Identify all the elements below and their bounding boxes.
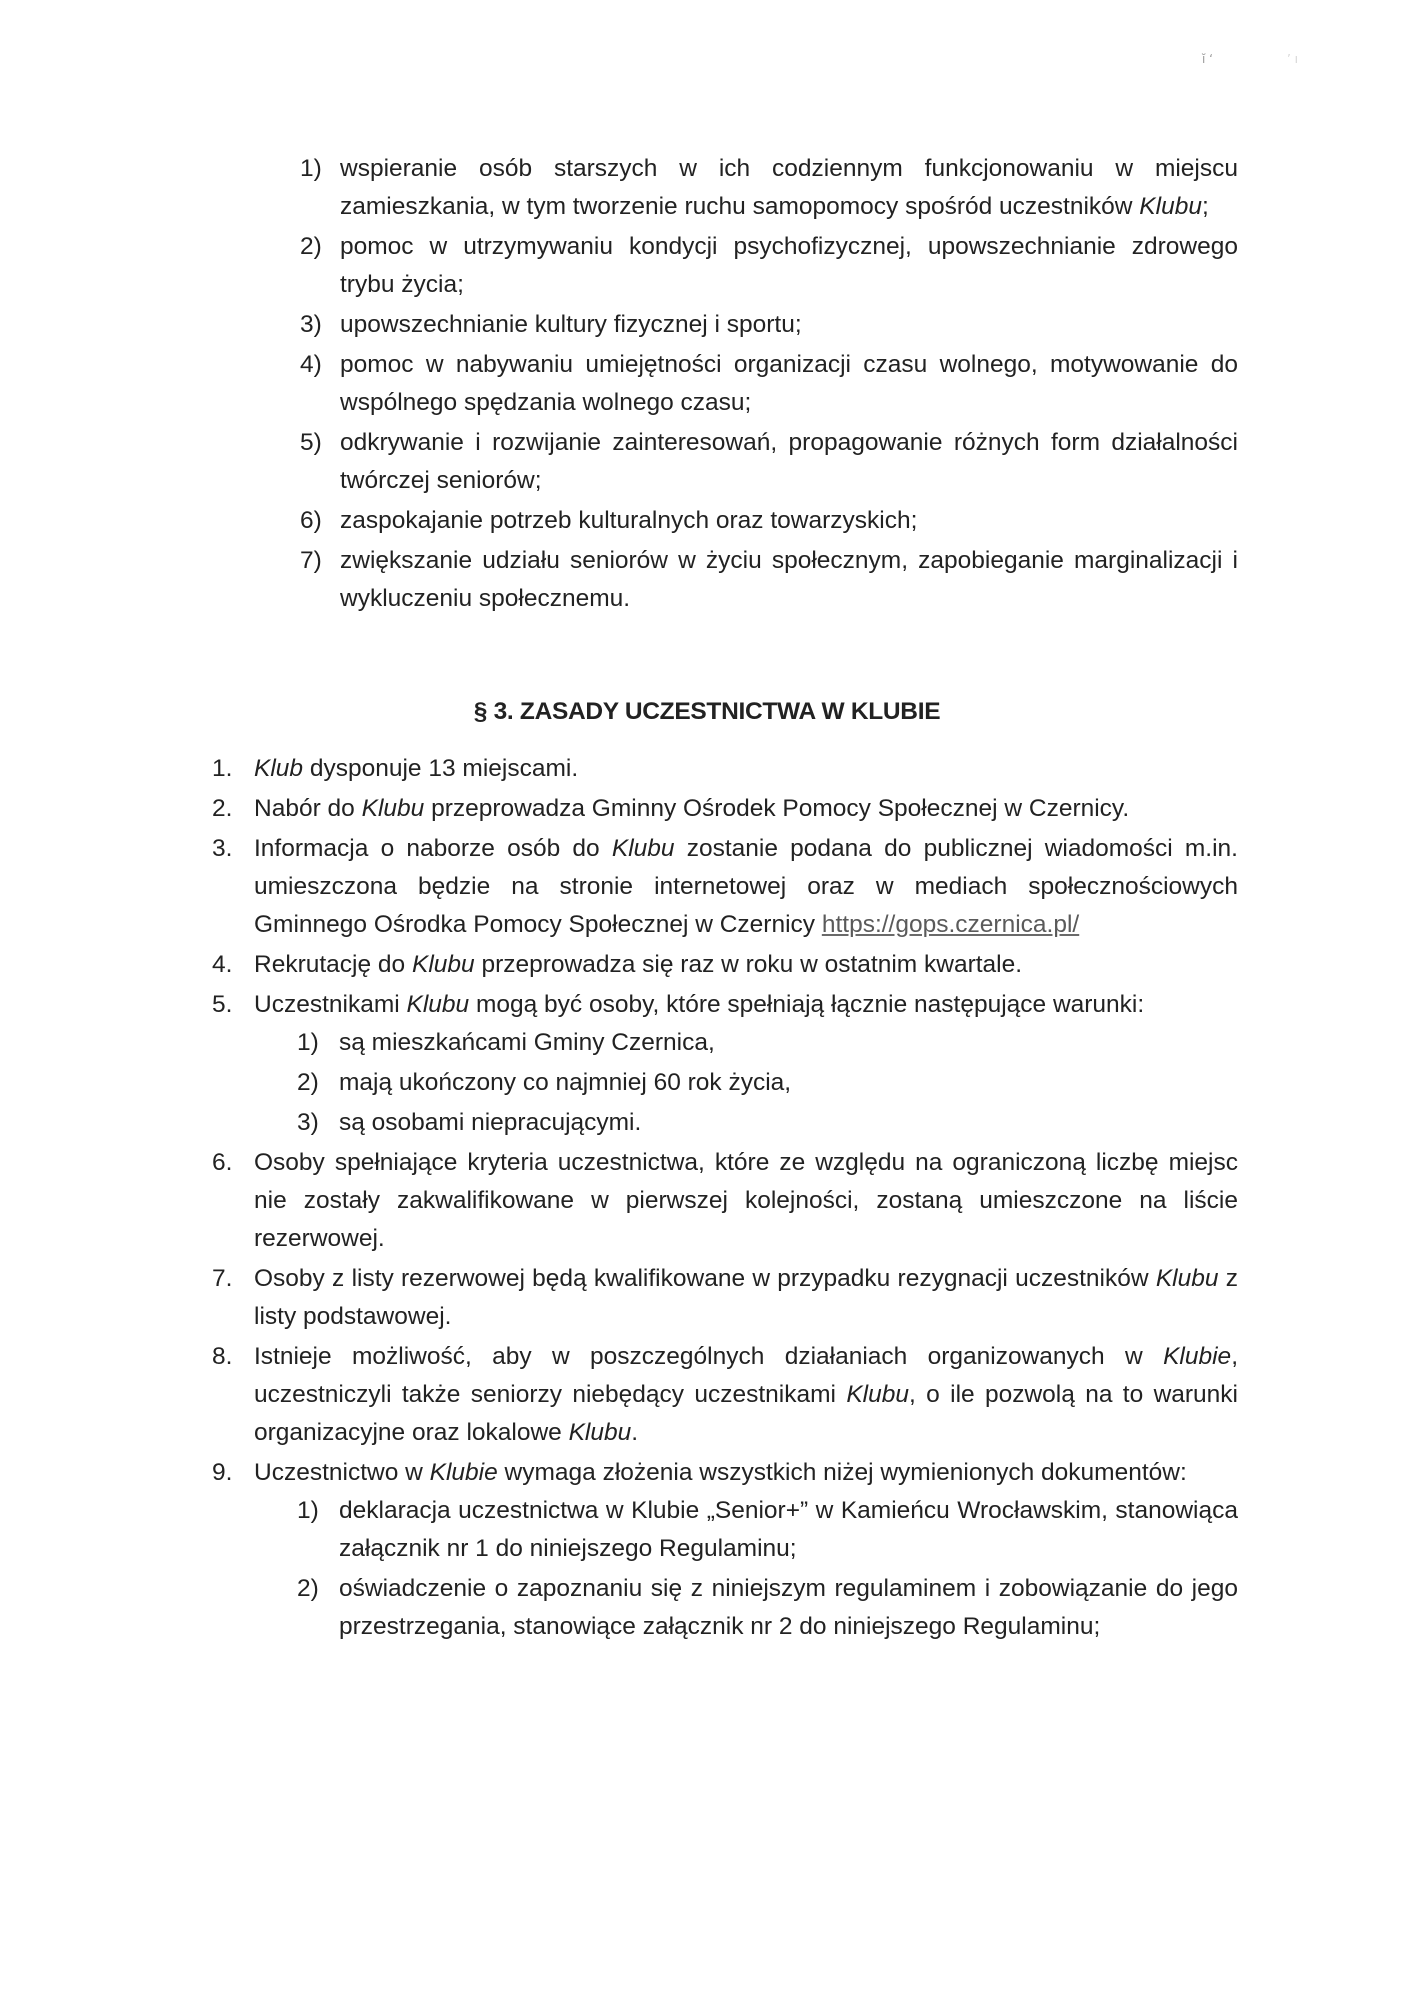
item-text: są mieszkańcami Gminy Czernica, <box>339 1029 715 1056</box>
item-number: 3) <box>300 306 322 344</box>
item-text: Rekrutację do Klubu przeprowadza się raz… <box>254 951 1022 978</box>
rule-item: 8.Istnieje możliwość, aby w poszczególny… <box>254 1338 1238 1452</box>
emphasis-text: Klubu <box>612 835 675 862</box>
emphasis-text: Klubu <box>412 951 475 978</box>
item-number: 8. <box>212 1338 232 1376</box>
item-number: 4. <box>212 946 232 984</box>
item-number: 1) <box>297 1024 319 1062</box>
emphasis-text: Klubu <box>406 991 469 1018</box>
sub-list-item: 3)są osobami niepracującymi. <box>339 1104 1238 1142</box>
item-text: zaspokajanie potrzeb kulturalnych oraz t… <box>340 507 917 534</box>
item-text: odkrywanie i rozwijanie zainteresowań, p… <box>340 429 1238 494</box>
item-text: są osobami niepracującymi. <box>339 1109 641 1136</box>
item-text: Istnieje możliwość, aby w poszczególnych… <box>254 1343 1238 1446</box>
item-text: zwiększanie udziału seniorów w życiu spo… <box>340 547 1238 612</box>
scan-artifact: ĭ ‘ <box>1202 52 1213 66</box>
emphasis-text: Klub <box>254 755 303 782</box>
item-text: wspieranie osób starszych w ich codzienn… <box>340 155 1238 220</box>
item-text: Osoby z listy rezerwowej będą kwalifikow… <box>254 1265 1238 1330</box>
goal-item: 2)pomoc w utrzymywaniu kondycji psychofi… <box>340 228 1238 304</box>
item-number: 1) <box>300 150 322 188</box>
scan-artifact: ’ ı <box>1287 52 1298 66</box>
goal-item: 4)pomoc w nabywaniu umiejętności organiz… <box>340 346 1238 422</box>
rule-item: 3.Informacja o naborze osób do Klubu zos… <box>254 830 1238 944</box>
goal-item: 7)zwiększanie udziału seniorów w życiu s… <box>340 542 1238 618</box>
emphasis-text: Klubu <box>569 1419 632 1446</box>
emphasis-text: Klubu <box>1156 1265 1219 1292</box>
emphasis-text: Klubu <box>846 1381 909 1408</box>
goal-item: 6)zaspokajanie potrzeb kulturalnych oraz… <box>340 502 1238 540</box>
sub-list-item: 2)oświadczenie o zapoznaniu się z niniej… <box>339 1570 1238 1646</box>
sub-list-item: 1)deklaracja uczestnictwa w Klubie „Seni… <box>339 1492 1238 1568</box>
item-number: 9. <box>212 1454 232 1492</box>
item-number: 1) <box>297 1492 319 1530</box>
sub-list: 1)deklaracja uczestnictwa w Klubie „Seni… <box>254 1492 1238 1646</box>
goal-item: 5)odkrywanie i rozwijanie zainteresowań,… <box>340 424 1238 500</box>
item-number: 5. <box>212 986 232 1024</box>
item-text: Informacja o naborze osób do Klubu zosta… <box>254 835 1238 938</box>
item-number: 5) <box>300 424 322 462</box>
rule-item: 6.Osoby spełniające kryteria uczestnictw… <box>254 1144 1238 1258</box>
emphasis-text: Klubie <box>1163 1343 1231 1370</box>
item-number: 1. <box>212 750 232 788</box>
item-text: Uczestnikami Klubu mogą być osoby, które… <box>254 991 1144 1018</box>
emphasis-text: Klubie <box>430 1459 498 1486</box>
item-text: Uczestnictwo w Klubie wymaga złożenia ws… <box>254 1459 1187 1486</box>
item-number: 4) <box>300 346 322 384</box>
item-text: upowszechnianie kultury fizycznej i spor… <box>340 311 802 338</box>
sub-list-item: 1)są mieszkańcami Gminy Czernica, <box>339 1024 1238 1062</box>
item-text: mają ukończony co najmniej 60 rok życia, <box>339 1069 791 1096</box>
item-text: pomoc w nabywaniu umiejętności organizac… <box>340 351 1238 416</box>
item-number: 6) <box>300 502 322 540</box>
rules-list: 1.Klub dysponuje 13 miejscami.2.Nabór do… <box>254 750 1238 1648</box>
item-number: 7) <box>300 542 322 580</box>
item-text: deklaracja uczestnictwa w Klubie „Senior… <box>339 1497 1238 1562</box>
goal-item: 3)upowszechnianie kultury fizycznej i sp… <box>340 306 1238 344</box>
item-number: 2) <box>297 1064 319 1102</box>
sub-list-item: 2)mają ukończony co najmniej 60 rok życi… <box>339 1064 1238 1102</box>
item-text: Osoby spełniające kryteria uczestnictwa,… <box>254 1149 1238 1252</box>
sub-list: 1)są mieszkańcami Gminy Czernica,2)mają … <box>254 1024 1238 1142</box>
item-text: Klub dysponuje 13 miejscami. <box>254 755 578 782</box>
goals-list: 1)wspieranie osób starszych w ich codzie… <box>340 150 1238 620</box>
item-text: Nabór do Klubu przeprowadza Gminny Ośrod… <box>254 795 1129 822</box>
item-text: oświadczenie o zapoznaniu się z niniejsz… <box>339 1575 1238 1640</box>
rule-item: 5.Uczestnikami Klubu mogą być osoby, któ… <box>254 986 1238 1142</box>
item-number: 3. <box>212 830 232 868</box>
rule-item: 1.Klub dysponuje 13 miejscami. <box>254 750 1238 788</box>
rule-item: 7.Osoby z listy rezerwowej będą kwalifik… <box>254 1260 1238 1336</box>
document-page: ĭ ‘ ’ ı 1)wspieranie osób starszych w ic… <box>0 0 1414 2000</box>
item-number: 2. <box>212 790 232 828</box>
section-heading: § 3. ZASADY UCZESTNICTWA W KLUBIE <box>0 692 1414 732</box>
item-number: 2) <box>297 1570 319 1608</box>
emphasis-text: Klubu <box>1139 193 1202 220</box>
goal-item: 1)wspieranie osób starszych w ich codzie… <box>340 150 1238 226</box>
emphasis-text: Klubu <box>362 795 425 822</box>
item-number: 3) <box>297 1104 319 1142</box>
item-number: 6. <box>212 1144 232 1182</box>
rule-item: 4.Rekrutację do Klubu przeprowadza się r… <box>254 946 1238 984</box>
item-text: pomoc w utrzymywaniu kondycji psychofizy… <box>340 233 1238 298</box>
rule-item: 9.Uczestnictwo w Klubie wymaga złożenia … <box>254 1454 1238 1646</box>
website-link[interactable]: https://gops.czernica.pl/ <box>822 911 1079 938</box>
item-number: 2) <box>300 228 322 266</box>
rule-item: 2.Nabór do Klubu przeprowadza Gminny Ośr… <box>254 790 1238 828</box>
item-number: 7. <box>212 1260 232 1298</box>
